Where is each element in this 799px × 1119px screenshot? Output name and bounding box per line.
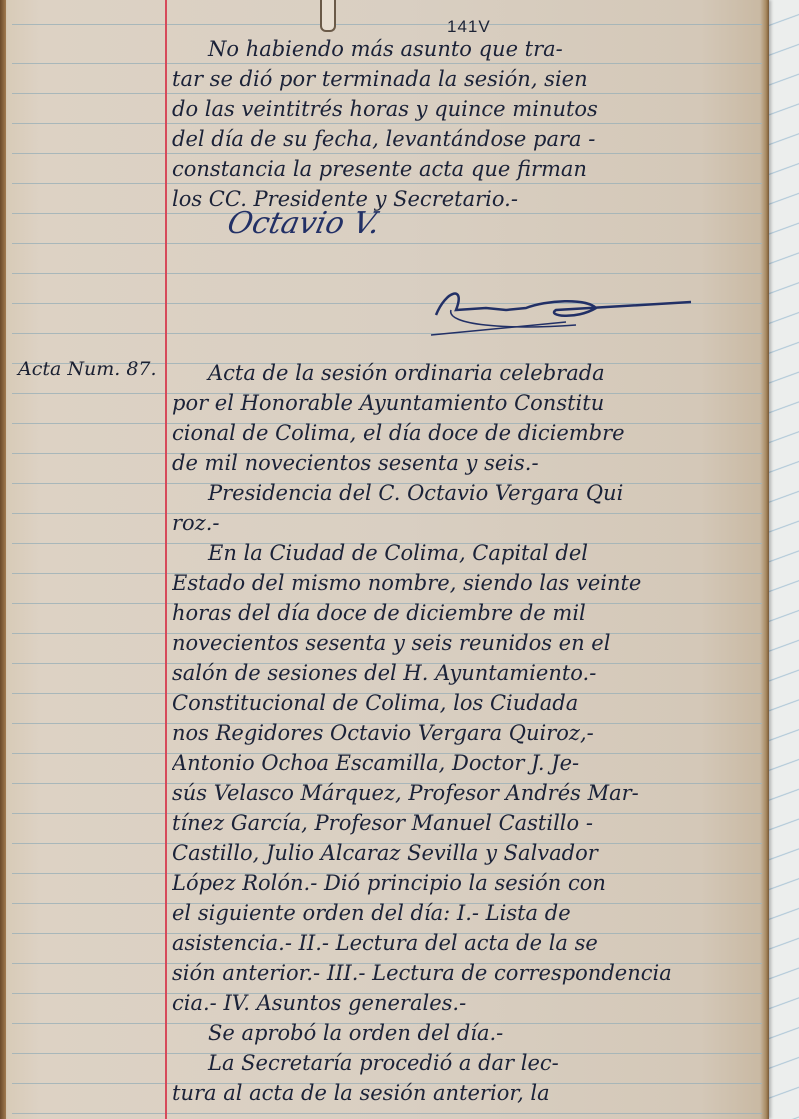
text-line: Presidencia del C. Octavio Vergara Qui (172, 478, 757, 508)
text-line: tura al acta de la sesión anterior, la (172, 1078, 757, 1108)
text-line: constancia la presente acta que firman (172, 154, 757, 184)
binding-slot-icon (320, 0, 336, 32)
text-line: tínez García, Profesor Manuel Castillo - (172, 808, 757, 838)
acta-number-label: Acta Num. 87. (18, 358, 157, 380)
text-line: No habiendo más asunto que tra- (172, 34, 757, 64)
text-line: Estado del mismo nombre, siendo las vein… (172, 568, 757, 598)
text-line: tar se dió por terminada la sesión, sien (172, 64, 757, 94)
text-line: cia.- IV. Asuntos generales.- (172, 988, 757, 1018)
text-line: Se aprobó la orden del día.- (172, 1018, 757, 1048)
text-line: Constitucional de Colima, los Ciudada (172, 688, 757, 718)
text-line: por el Honorable Ayuntamiento Constitu (172, 388, 757, 418)
text-line: novecientos sesenta y seis reunidos en e… (172, 628, 757, 658)
text-line: Antonio Ochoa Escamilla, Doctor J. Je- (172, 748, 757, 778)
text-line: Acta de la sesión ordinaria celebrada (172, 358, 757, 388)
text-line: roz.- (172, 508, 757, 538)
text-line: do las veintitrés horas y quince minutos (172, 94, 757, 124)
text-line: cional de Colima, el día doce de diciemb… (172, 418, 757, 448)
text-line: La Secretaría procedió a dar lec- (172, 1048, 757, 1078)
president-signature: Octavio V. (224, 206, 383, 241)
text-line: López Rolón.- Dió principio la sesión co… (172, 868, 757, 898)
text-line: sión anterior.- III.- Lectura de corresp… (172, 958, 757, 988)
text-line: de mil novecientos sesenta y seis.- (172, 448, 757, 478)
text-line: del día de su fecha, levantándose para - (172, 124, 757, 154)
text-line: horas del día doce de diciembre de mil (172, 598, 757, 628)
acta-body: Acta de la sesión ordinaria celebrada po… (172, 358, 757, 1108)
text-line: Castillo, Julio Alcaraz Sevilla y Salvad… (172, 838, 757, 868)
closing-paragraph: No habiendo más asunto que tra- tar se d… (172, 34, 757, 214)
text-line: sús Velasco Márquez, Profesor Andrés Mar… (172, 778, 757, 808)
secretary-signature (426, 280, 706, 340)
signature-scribble-icon (426, 280, 706, 340)
red-margin-line (165, 0, 167, 1119)
text-line: el siguiente orden del día: I.- Lista de (172, 898, 757, 928)
ledger-page: 141V No habiendo más asunto que tra- tar… (0, 0, 769, 1119)
text-line: En la Ciudad de Colima, Capital del (172, 538, 757, 568)
text-line: salón de sesiones del H. Ayuntamiento.- (172, 658, 757, 688)
text-line: asistencia.- II.- Lectura del acta de la… (172, 928, 757, 958)
text-line: nos Regidores Octavio Vergara Quiroz,- (172, 718, 757, 748)
